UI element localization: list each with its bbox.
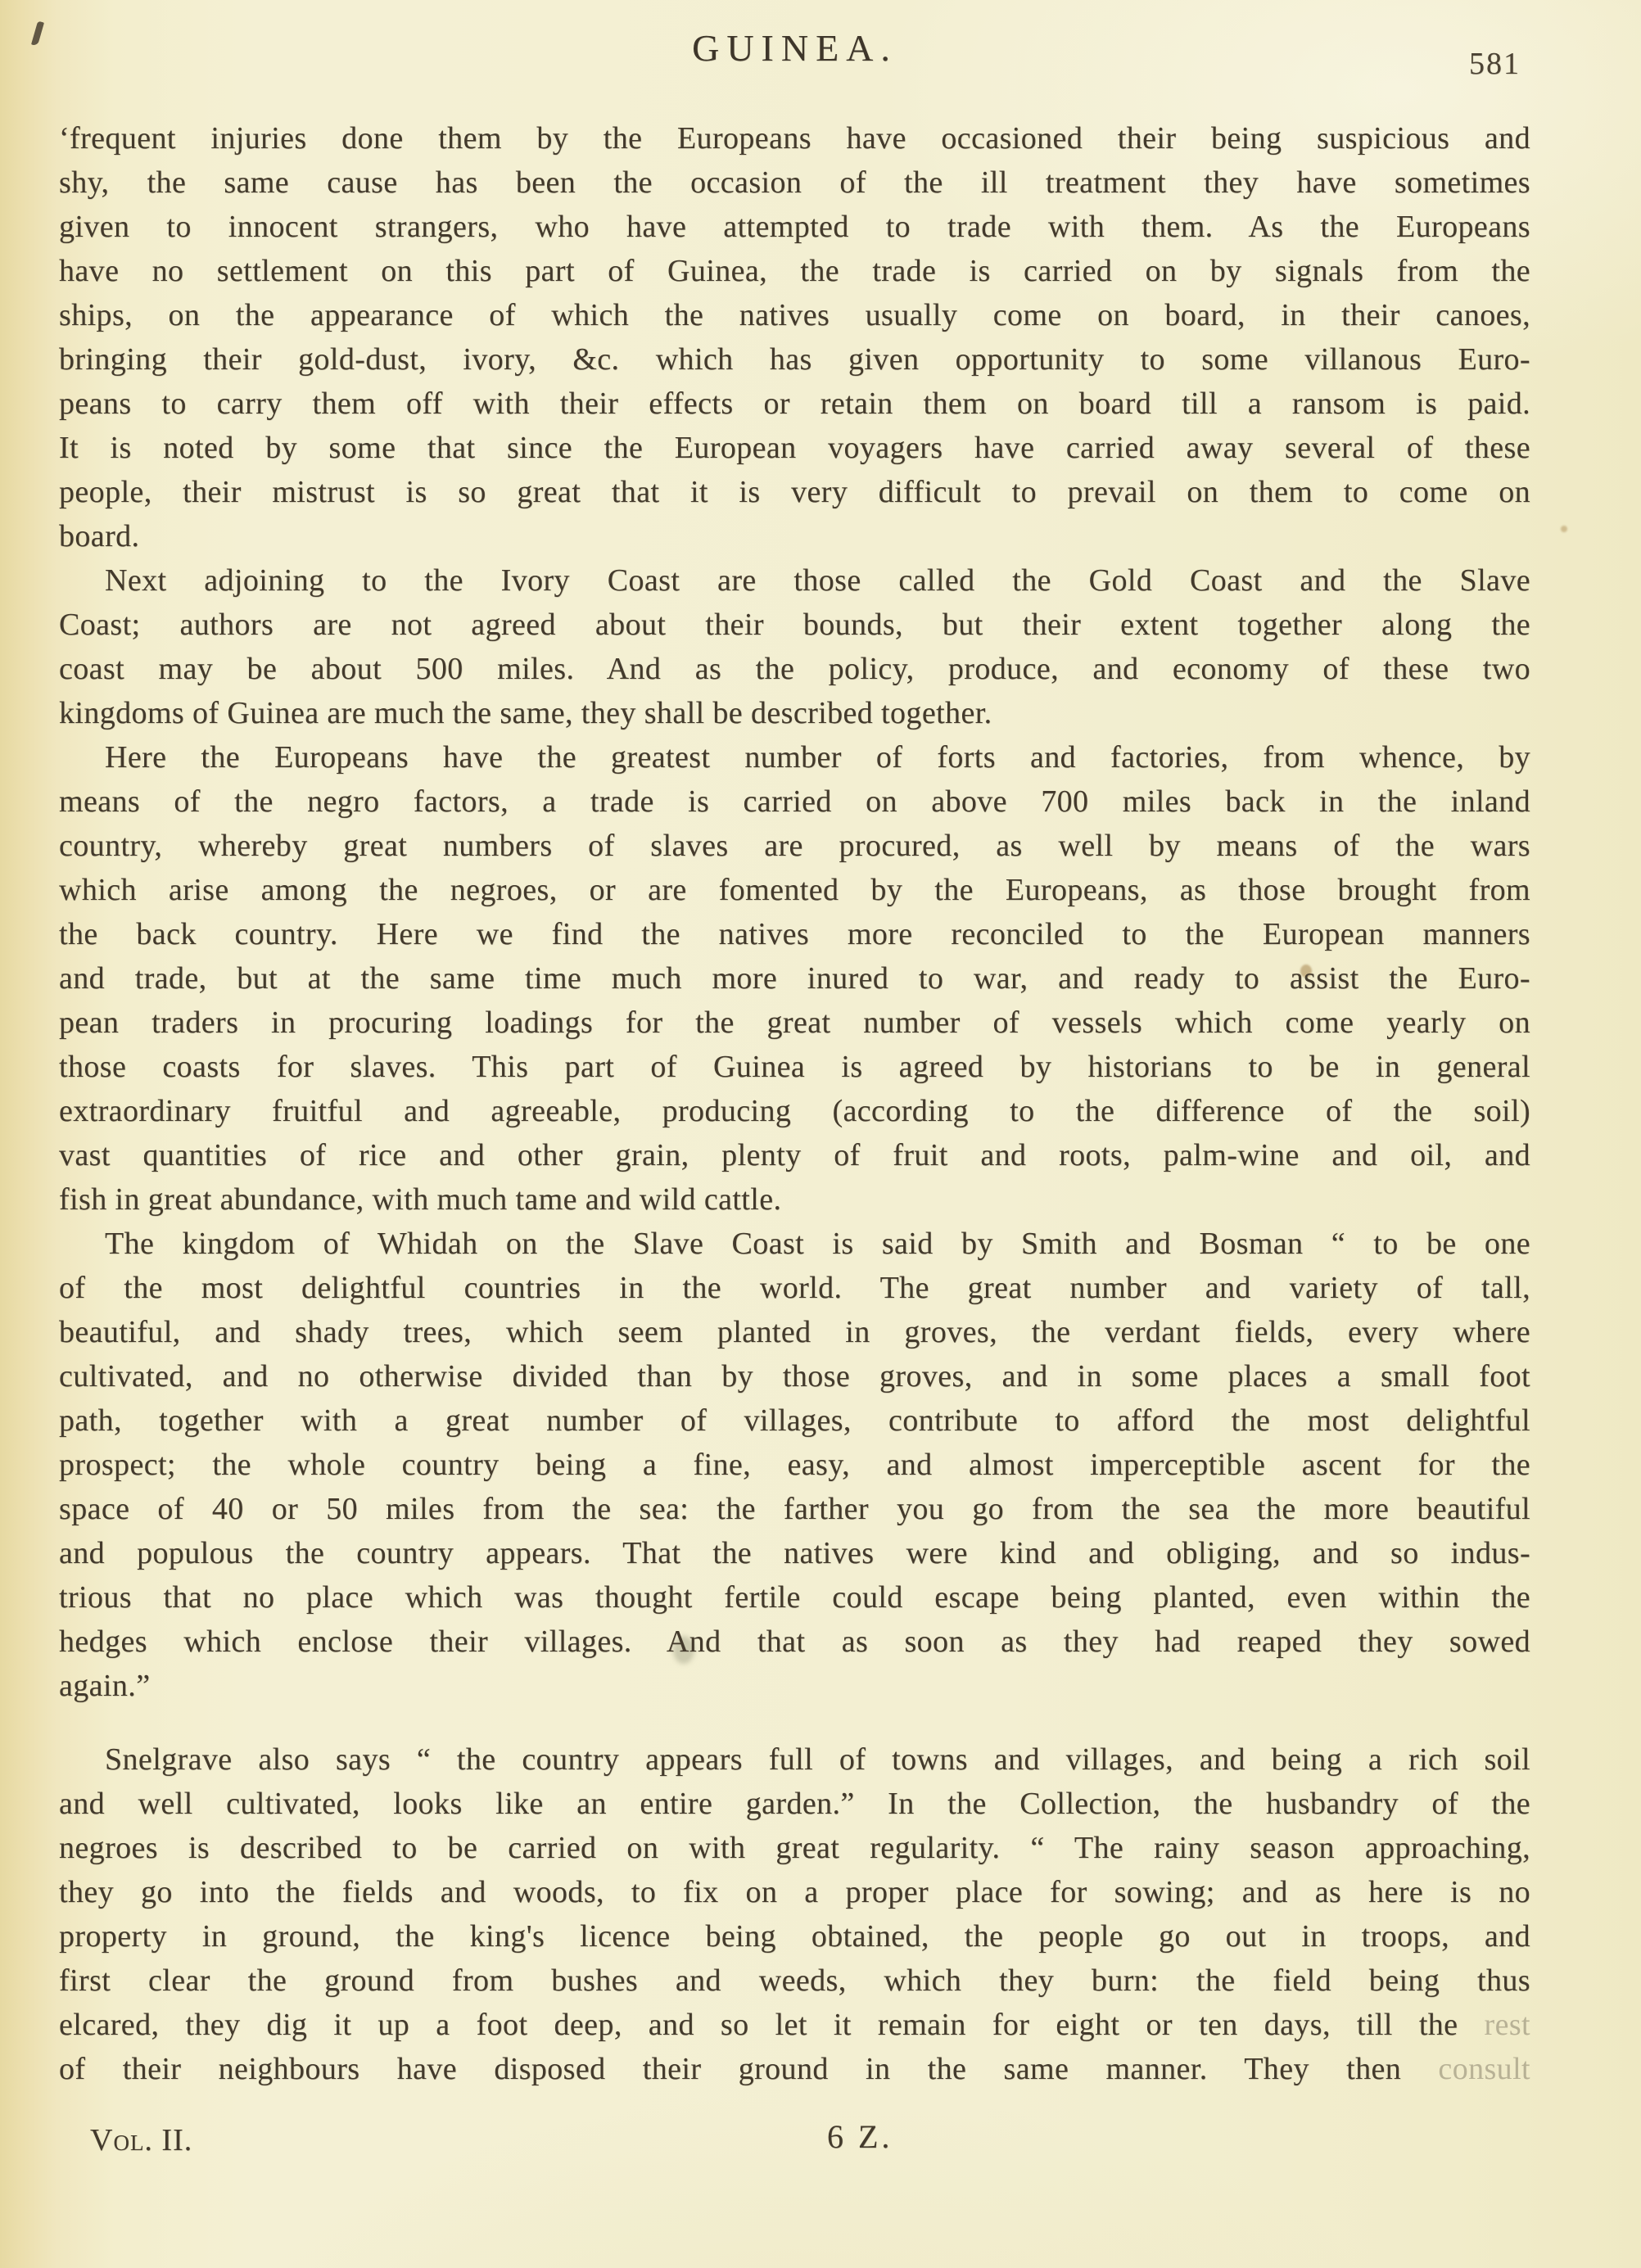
text-segment: Snelgrave also says “ the country appear… <box>105 1742 1530 1777</box>
paragraph: Next adjoining to the Ivory Coast are th… <box>59 558 1530 735</box>
text-line: Coast; authors are not agreed about thei… <box>59 603 1530 647</box>
text-line: board. <box>59 514 1530 558</box>
text-segment: country, whereby great numbers of slaves… <box>59 829 1530 863</box>
text-body: ‘frequent injuries done them by the Euro… <box>59 116 1530 2091</box>
page-footer: Vol. II. 6 Z. <box>0 2122 1641 2188</box>
text-line: path, together with a great number of vi… <box>59 1398 1530 1443</box>
text-segment: cultivated, and no otherwise divided tha… <box>59 1359 1530 1394</box>
faded-text: rest <box>1485 2008 1530 2042</box>
text-segment: ships, on the appearance of which the na… <box>59 298 1530 332</box>
text-line: and well cultivated, looks like an entir… <box>59 1782 1530 1826</box>
text-line: fish in great abundance, with much tame … <box>59 1177 1530 1222</box>
text-segment: hedges which enclose their villages. And… <box>59 1624 1530 1659</box>
text-line: hedges which enclose their villages. And… <box>59 1620 1530 1664</box>
text-segment: and trade, but at the same time much mor… <box>59 961 1530 996</box>
text-segment: people, their mistrust is so great that … <box>59 475 1530 509</box>
text-segment: coast may be about 500 miles. And as the… <box>59 652 1530 686</box>
paragraph: The kingdom of Whidah on the Slave Coast… <box>59 1222 1530 1708</box>
text-line: cultivated, and no otherwise divided tha… <box>59 1354 1530 1398</box>
text-segment: and populous the country appears. That t… <box>59 1536 1530 1570</box>
text-segment: prospect; the whole country being a fine… <box>59 1448 1530 1482</box>
text-line: Here the Europeans have the greatest num… <box>59 735 1530 779</box>
text-line: shy, the same cause has been the occasio… <box>59 160 1530 205</box>
text-segment: Coast; authors are not agreed about thei… <box>59 608 1530 642</box>
faded-text: consult <box>1438 2052 1530 2086</box>
text-segment: It is noted by some that since the Europ… <box>59 431 1530 465</box>
text-segment: means of the negro factors, a trade is c… <box>59 784 1530 819</box>
text-segment: first clear the ground from bushes and w… <box>59 1963 1530 1998</box>
text-line: means of the negro factors, a trade is c… <box>59 779 1530 824</box>
paragraph: Snelgrave also says “ the country appear… <box>59 1737 1530 2091</box>
text-line: and populous the country appears. That t… <box>59 1531 1530 1575</box>
text-line: extraordinary fruitful and agreeable, pr… <box>59 1089 1530 1133</box>
text-segment: Here the Europeans have the greatest num… <box>105 740 1530 775</box>
text-segment: elcared, they dig it up a foot deep, and… <box>59 2008 1485 2042</box>
text-segment: The kingdom of Whidah on the Slave Coast… <box>105 1227 1530 1261</box>
text-segment: property in ground, the king's licence b… <box>59 1919 1530 1954</box>
text-line: ships, on the appearance of which the na… <box>59 293 1530 337</box>
text-segment: Next adjoining to the Ivory Coast are th… <box>105 563 1530 598</box>
text-segment: ‘frequent injuries done them by the Euro… <box>59 121 1530 156</box>
page-header: GUINEA. 581 <box>59 21 1530 116</box>
text-segment: shy, the same cause has been the occasio… <box>59 165 1530 200</box>
text-line: first clear the ground from bushes and w… <box>59 1959 1530 2003</box>
text-line: vast quantities of rice and other grain,… <box>59 1133 1530 1177</box>
text-line: elcared, they dig it up a foot deep, and… <box>59 2003 1530 2047</box>
text-line: they go into the fields and woods, to fi… <box>59 1870 1530 1914</box>
text-line: space of 40 or 50 miles from the sea: th… <box>59 1487 1530 1531</box>
text-segment: of their neighbours have disposed their … <box>59 2052 1438 2086</box>
text-line: of their neighbours have disposed their … <box>59 2047 1530 2091</box>
paper-speck <box>1561 526 1567 532</box>
signature-mark: 6 Z. <box>827 2117 893 2156</box>
book-page: GUINEA. 581 ‘frequent injuries done them… <box>0 0 1641 2268</box>
text-line: kingdoms of Guinea are much the same, th… <box>59 691 1530 735</box>
text-line: beautiful, and shady trees, which seem p… <box>59 1310 1530 1354</box>
text-line: peans to carry them off with their effec… <box>59 382 1530 426</box>
text-line: people, their mistrust is so great that … <box>59 470 1530 514</box>
text-line: and trade, but at the same time much mor… <box>59 956 1530 1001</box>
paragraph: ‘frequent injuries done them by the Euro… <box>59 116 1530 558</box>
text-segment: beautiful, and shady trees, which seem p… <box>59 1315 1530 1349</box>
text-segment: space of 40 or 50 miles from the sea: th… <box>59 1492 1530 1526</box>
text-line: those coasts for slaves. This part of Gu… <box>59 1045 1530 1089</box>
text-segment: fish in great abundance, with much tame … <box>59 1182 781 1217</box>
text-line: It is noted by some that since the Europ… <box>59 426 1530 470</box>
text-segment: those coasts for slaves. This part of Gu… <box>59 1050 1530 1084</box>
text-line: property in ground, the king's licence b… <box>59 1914 1530 1959</box>
text-segment: trious that no place which was thought f… <box>59 1580 1530 1615</box>
text-segment: board. <box>59 519 139 553</box>
text-line: of the most delightful countries in the … <box>59 1266 1530 1310</box>
ink-mark <box>31 20 44 46</box>
text-line: coast may be about 500 miles. And as the… <box>59 647 1530 691</box>
text-line: Next adjoining to the Ivory Coast are th… <box>59 558 1530 603</box>
text-line: The kingdom of Whidah on the Slave Coast… <box>59 1222 1530 1266</box>
paragraph: Here the Europeans have the greatest num… <box>59 735 1530 1222</box>
text-segment: of the most delightful countries in the … <box>59 1271 1530 1305</box>
text-segment: and well cultivated, looks like an entir… <box>59 1787 1530 1821</box>
volume-label: Vol. II. <box>90 2122 192 2158</box>
text-segment: peans to carry them off with their effec… <box>59 386 1530 421</box>
text-segment: which arise among the negroes, or are fo… <box>59 873 1530 907</box>
text-segment: again.” <box>59 1669 150 1703</box>
text-segment: bringing their gold-dust, ivory, &c. whi… <box>59 342 1530 377</box>
text-line: country, whereby great numbers of slaves… <box>59 824 1530 868</box>
text-segment: given to innocent strangers, who have at… <box>59 210 1530 244</box>
text-segment: extraordinary fruitful and agreeable, pr… <box>59 1094 1530 1128</box>
text-line: have no settlement on this part of Guine… <box>59 249 1530 293</box>
text-line: given to innocent strangers, who have at… <box>59 205 1530 249</box>
text-line: Snelgrave also says “ the country appear… <box>59 1737 1530 1782</box>
page-number: 581 <box>1469 46 1521 82</box>
text-segment: pean traders in procuring loadings for t… <box>59 1005 1530 1040</box>
text-line: which arise among the negroes, or are fo… <box>59 868 1530 912</box>
text-line: prospect; the whole country being a fine… <box>59 1443 1530 1487</box>
text-line: negroes is described to be carried on wi… <box>59 1826 1530 1870</box>
text-line: ‘frequent injuries done them by the Euro… <box>59 116 1530 160</box>
page-title: GUINEA. <box>59 21 1530 70</box>
text-segment: the back country. Here we find the nativ… <box>59 917 1530 951</box>
text-segment: kingdoms of Guinea are much the same, th… <box>59 696 992 730</box>
text-segment: path, together with a great number of vi… <box>59 1403 1530 1438</box>
text-segment: vast quantities of rice and other grain,… <box>59 1138 1530 1172</box>
text-line: again.” <box>59 1664 1530 1708</box>
text-segment: they go into the fields and woods, to fi… <box>59 1875 1530 1909</box>
text-line: pean traders in procuring loadings for t… <box>59 1001 1530 1045</box>
text-segment: have no settlement on this part of Guine… <box>59 254 1530 288</box>
text-line: bringing their gold-dust, ivory, &c. whi… <box>59 337 1530 382</box>
text-line: trious that no place which was thought f… <box>59 1575 1530 1620</box>
text-line: the back country. Here we find the nativ… <box>59 912 1530 956</box>
text-segment: negroes is described to be carried on wi… <box>59 1831 1530 1865</box>
